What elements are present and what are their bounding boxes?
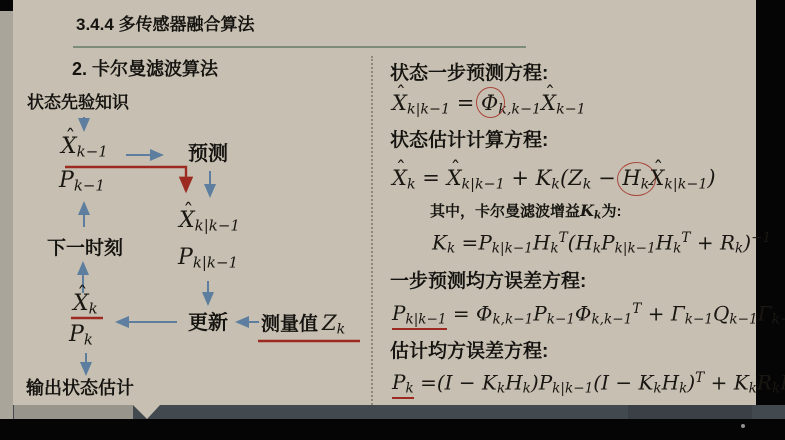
state-xpred-math: ˆXk|k−1 xyxy=(179,209,240,234)
eq3-math: Kk =Pk|k−1HkT(HkPk|k−1HkT + Rk)−1 xyxy=(432,231,771,256)
measurement-math: Zk xyxy=(322,312,345,337)
state-xest-math: ˆXk xyxy=(73,292,98,317)
eq2-math: ˆXk = ˆXk|k−1 + Kk(Zk − HkˆXk|k−1) xyxy=(392,167,716,192)
prior-knowledge-label: 状态先验知识 xyxy=(27,93,129,113)
letterbox-right xyxy=(756,0,785,405)
playhead-marker[interactable] xyxy=(133,405,160,419)
slide-subtitle: 2. 卡尔曼滤波算法 xyxy=(72,59,218,80)
slide-title: 3.4.4 多传感器融合算法 xyxy=(76,15,255,35)
letterbox-bottom xyxy=(0,419,785,440)
eq4-math: Pk|k−1 = Φk,k−1Pk−1Φk,k−1T + Γk−1Qk−1Γk−… xyxy=(392,302,785,330)
title-underline xyxy=(73,46,526,48)
slide-left-margin-strip xyxy=(0,0,13,419)
predict-node-label: 预测 xyxy=(188,143,228,166)
gain-note: 其中，卡尔曼滤波增益 Kk 为: xyxy=(430,203,621,221)
next-time-label: 下一时刻 xyxy=(47,238,123,260)
eq1-math: ˆXk|k−1 = Φk,k−1ˆXk−1 xyxy=(392,92,586,117)
state-ppred-math: Pk|k−1 xyxy=(178,246,238,271)
letterbox-corner xyxy=(0,0,13,11)
control-dot xyxy=(741,424,745,428)
output-label: 输出状态估计 xyxy=(26,378,134,399)
state-xprev-math: ˆXk−1 xyxy=(61,135,108,160)
eq5-math: Pk =(I − KkHk)Pk|k−1(I − KkHk)T + KkRkKk… xyxy=(392,371,785,399)
state-pest-math: Pk xyxy=(69,323,93,348)
video-frame: 3.4.4 多传感器融合算法 2. 卡尔曼滤波算法 xyxy=(0,0,785,440)
state-pprev-math: Pk−1 xyxy=(59,169,105,194)
eq4-heading: 一步预测均方误差方程: xyxy=(390,271,586,293)
measurement-label: 测量值 xyxy=(261,314,318,336)
column-divider xyxy=(371,56,373,408)
progress-played-segment[interactable] xyxy=(14,405,133,419)
video-progress-bar[interactable] xyxy=(13,405,785,419)
update-node-label: 更新 xyxy=(188,312,228,335)
eq1-heading: 状态一步预测方程: xyxy=(390,63,548,85)
gain-note-math: Kk xyxy=(580,203,601,221)
measurement-node: 测量值 Zk xyxy=(261,312,345,337)
eq2-heading: 状态估计计算方程: xyxy=(390,130,548,152)
gain-note-suffix: 为: xyxy=(601,203,621,220)
progress-right-segment xyxy=(628,405,752,419)
gain-note-prefix: 其中，卡尔曼滤波增益 xyxy=(430,203,580,220)
eq5-heading: 估计均方误差方程: xyxy=(390,341,548,363)
